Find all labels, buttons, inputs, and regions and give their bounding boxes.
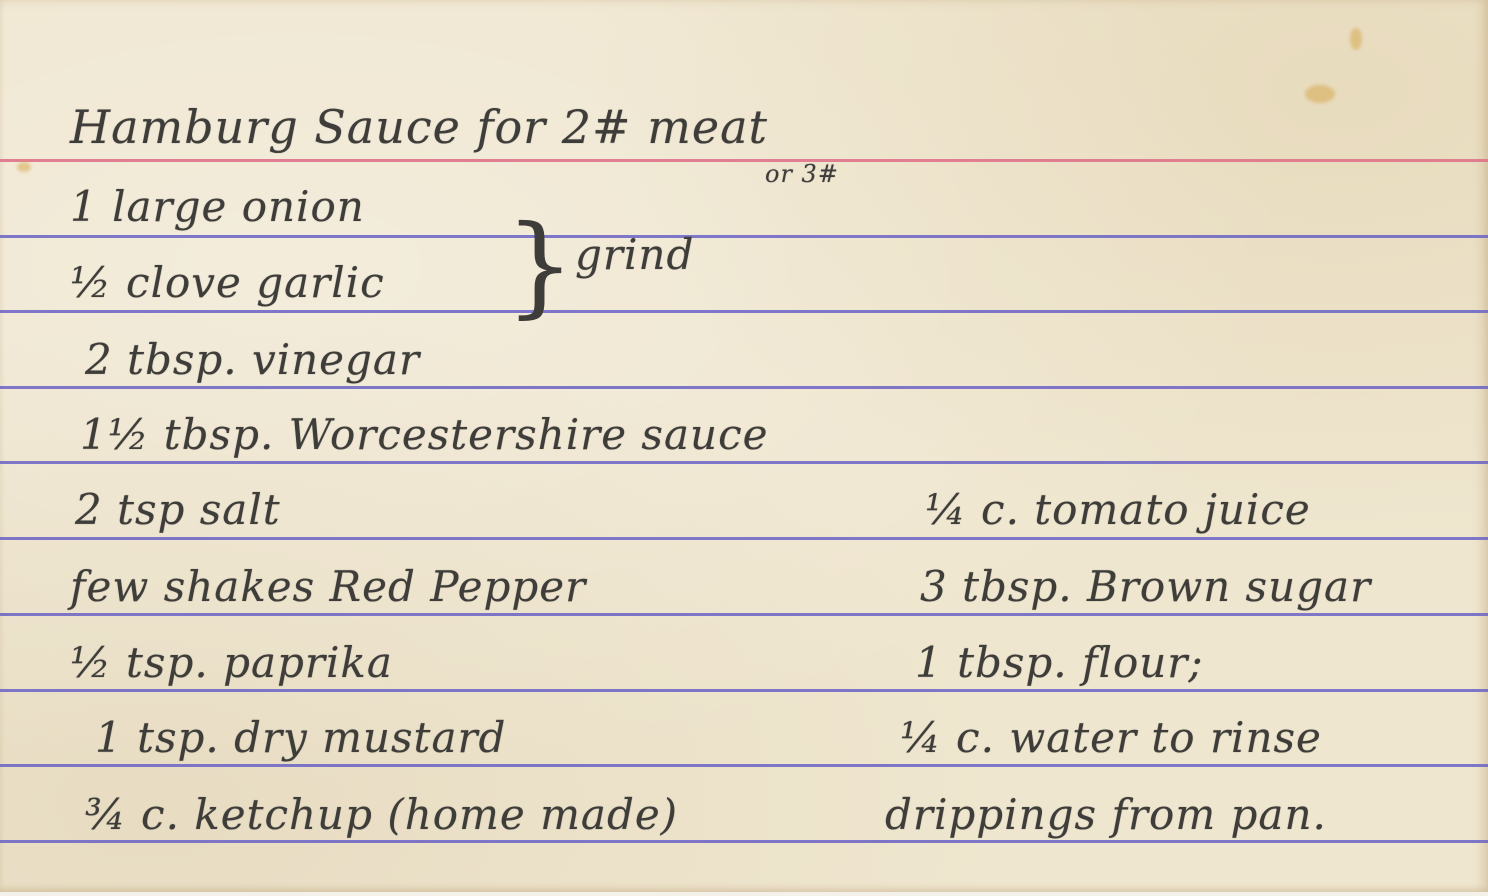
ruled-line [0,235,1488,238]
recipe-card: Hamburg Sauce for 2# meat or 3# 1 large … [0,0,1488,892]
ingredient: drippings from pan. [885,790,1327,839]
ruled-line [0,537,1488,540]
brace-icon: } [505,210,575,320]
ingredient: ¾ c. ketchup (home made) [85,790,678,839]
ingredient: ¼ c. water to rinse [900,713,1322,762]
ruled-line [0,613,1488,616]
stain [1305,85,1335,103]
ingredient: 2 tsp salt [75,485,281,534]
ingredient: 1½ tbsp. Worcestershire sauce [80,410,768,459]
ingredient: 1 tsp. dry mustard [95,713,506,762]
ruled-line [0,689,1488,692]
ingredient: few shakes Red Pepper [70,562,586,611]
ruled-line [0,840,1488,843]
ground-note: grind [575,230,694,279]
title-note: or 3# [765,160,839,188]
header-rule [0,159,1488,162]
ruled-line [0,764,1488,767]
ingredient: 1 large onion [70,182,365,231]
ingredient: 2 tbsp. vinegar [85,335,420,384]
ruled-line [0,310,1488,313]
ingredient: 3 tbsp. Brown sugar [920,562,1371,611]
ruled-line [0,461,1488,464]
ruled-line [0,386,1488,389]
ingredient: ½ clove garlic [70,258,385,307]
stain [17,162,31,172]
ingredient: ½ tsp. paprika [70,638,393,687]
stain [1350,28,1362,50]
ingredient: ¼ c. tomato juice [925,485,1311,534]
ingredient: 1 tbsp. flour; [915,638,1204,687]
recipe-title: Hamburg Sauce for 2# meat [70,100,768,154]
